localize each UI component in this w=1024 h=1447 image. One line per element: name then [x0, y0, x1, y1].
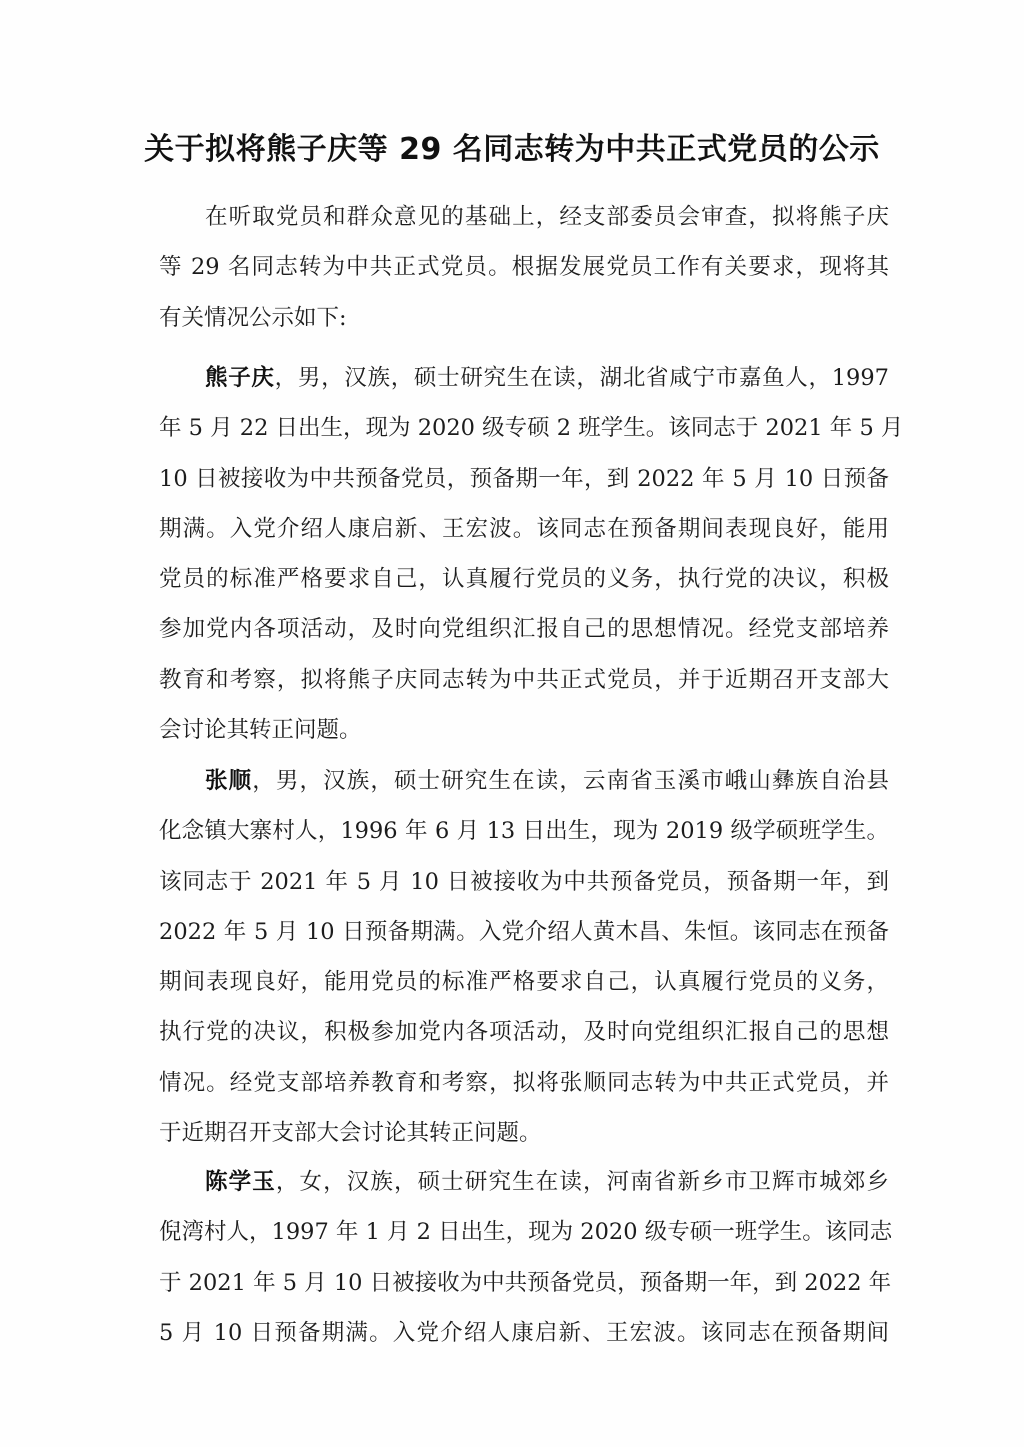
person-line: 教育和考察，拟将熊子庆同志转为中共正式党员，并于近期召开支部大 — [159, 655, 889, 705]
intro-line: 有关情况公示如下: — [159, 293, 889, 343]
person-first-line: 张顺，男，汉族，硕士研究生在读，云南省玉溪市峨山彝族自治县 — [159, 756, 889, 806]
person-line: 党员的标准严格要求自己，认真履行党员的义务，执行党的决议，积极 — [159, 554, 889, 604]
person-intro-text: ，男，汉族，硕士研究生在读，湖北省咸宁市嘉鱼人，1997 — [275, 365, 889, 391]
person-line: 10 日被接收为中共预备党员，预备期一年，到 2022 年 5 月 10 日预备 — [159, 454, 889, 504]
person-line: 化念镇大寨村人，1996 年 6 月 13 日出生，现为 2019 级学硕班学生… — [159, 806, 889, 856]
person-line: 执行党的决议，积极参加党内各项活动，及时向党组织汇报自己的思想 — [159, 1007, 889, 1057]
person-line: 年 5 月 22 日出生，现为 2020 级专硕 2 班学生。该同志于 2021… — [159, 403, 889, 453]
person-paragraph-zhang-shun: 张顺，男，汉族，硕士研究生在读，云南省玉溪市峨山彝族自治县 化念镇大寨村人，19… — [159, 756, 889, 1158]
intro-paragraph: 在听取党员和群众意见的基础上，经支部委员会审查，拟将熊子庆 等 29 名同志转为… — [159, 192, 889, 343]
person-first-line: 熊子庆，男，汉族，硕士研究生在读，湖北省咸宁市嘉鱼人，1997 — [159, 353, 889, 403]
person-name: 陈学玉 — [205, 1169, 276, 1195]
document-page: 关于拟将熊子庆等 29 名同志转为中共正式党员的公示 在听取党员和群众意见的基础… — [0, 0, 1024, 1447]
person-line: 期间表现良好，能用党员的标准严格要求自己，认真履行党员的义务， — [159, 957, 889, 1007]
person-line: 5 月 10 日预备期满。入党介绍人康启新、王宏波。该同志在预备期间 — [159, 1308, 889, 1358]
person-line: 参加党内各项活动，及时向党组织汇报自己的思想情况。经党支部培养 — [159, 604, 889, 654]
person-name: 张顺 — [205, 768, 252, 794]
person-line: 会讨论其转正问题。 — [159, 705, 889, 755]
person-line: 于 2021 年 5 月 10 日被接收为中共预备党员，预备期一年，到 2022… — [159, 1258, 889, 1308]
person-paragraph-chen-xueyu: 陈学玉，女，汉族，硕士研究生在读，河南省新乡市卫辉市城郊乡 倪湾村人，1997 … — [159, 1157, 889, 1358]
person-line: 情况。经党支部培养教育和考察，拟将张顺同志转为中共正式党员，并 — [159, 1058, 889, 1108]
person-name: 熊子庆 — [205, 365, 275, 391]
person-line: 该同志于 2021 年 5 月 10 日被接收为中共预备党员，预备期一年，到 — [159, 857, 889, 907]
document-title: 关于拟将熊子庆等 29 名同志转为中共正式党员的公示 — [0, 128, 1024, 172]
person-line: 期满。入党介绍人康启新、王宏波。该同志在预备期间表现良好，能用 — [159, 504, 889, 554]
person-intro-text: ，男，汉族，硕士研究生在读，云南省玉溪市峨山彝族自治县 — [252, 768, 889, 794]
person-line: 于近期召开支部大会讨论其转正问题。 — [159, 1108, 889, 1158]
intro-line: 等 29 名同志转为中共正式党员。根据发展党员工作有关要求，现将其 — [159, 242, 889, 292]
intro-line: 在听取党员和群众意见的基础上，经支部委员会审查，拟将熊子庆 — [159, 192, 889, 242]
person-line: 倪湾村人，1997 年 1 月 2 日出生，现为 2020 级专硕一班学生。该同… — [159, 1207, 889, 1257]
person-intro-text: ，女，汉族，硕士研究生在读，河南省新乡市卫辉市城郊乡 — [276, 1169, 889, 1195]
person-paragraph-xiong-ziqing: 熊子庆，男，汉族，硕士研究生在读，湖北省咸宁市嘉鱼人，1997 年 5 月 22… — [159, 353, 889, 755]
person-first-line: 陈学玉，女，汉族，硕士研究生在读，河南省新乡市卫辉市城郊乡 — [159, 1157, 889, 1207]
person-line: 2022 年 5 月 10 日预备期满。入党介绍人黄木昌、朱恒。该同志在预备 — [159, 907, 889, 957]
